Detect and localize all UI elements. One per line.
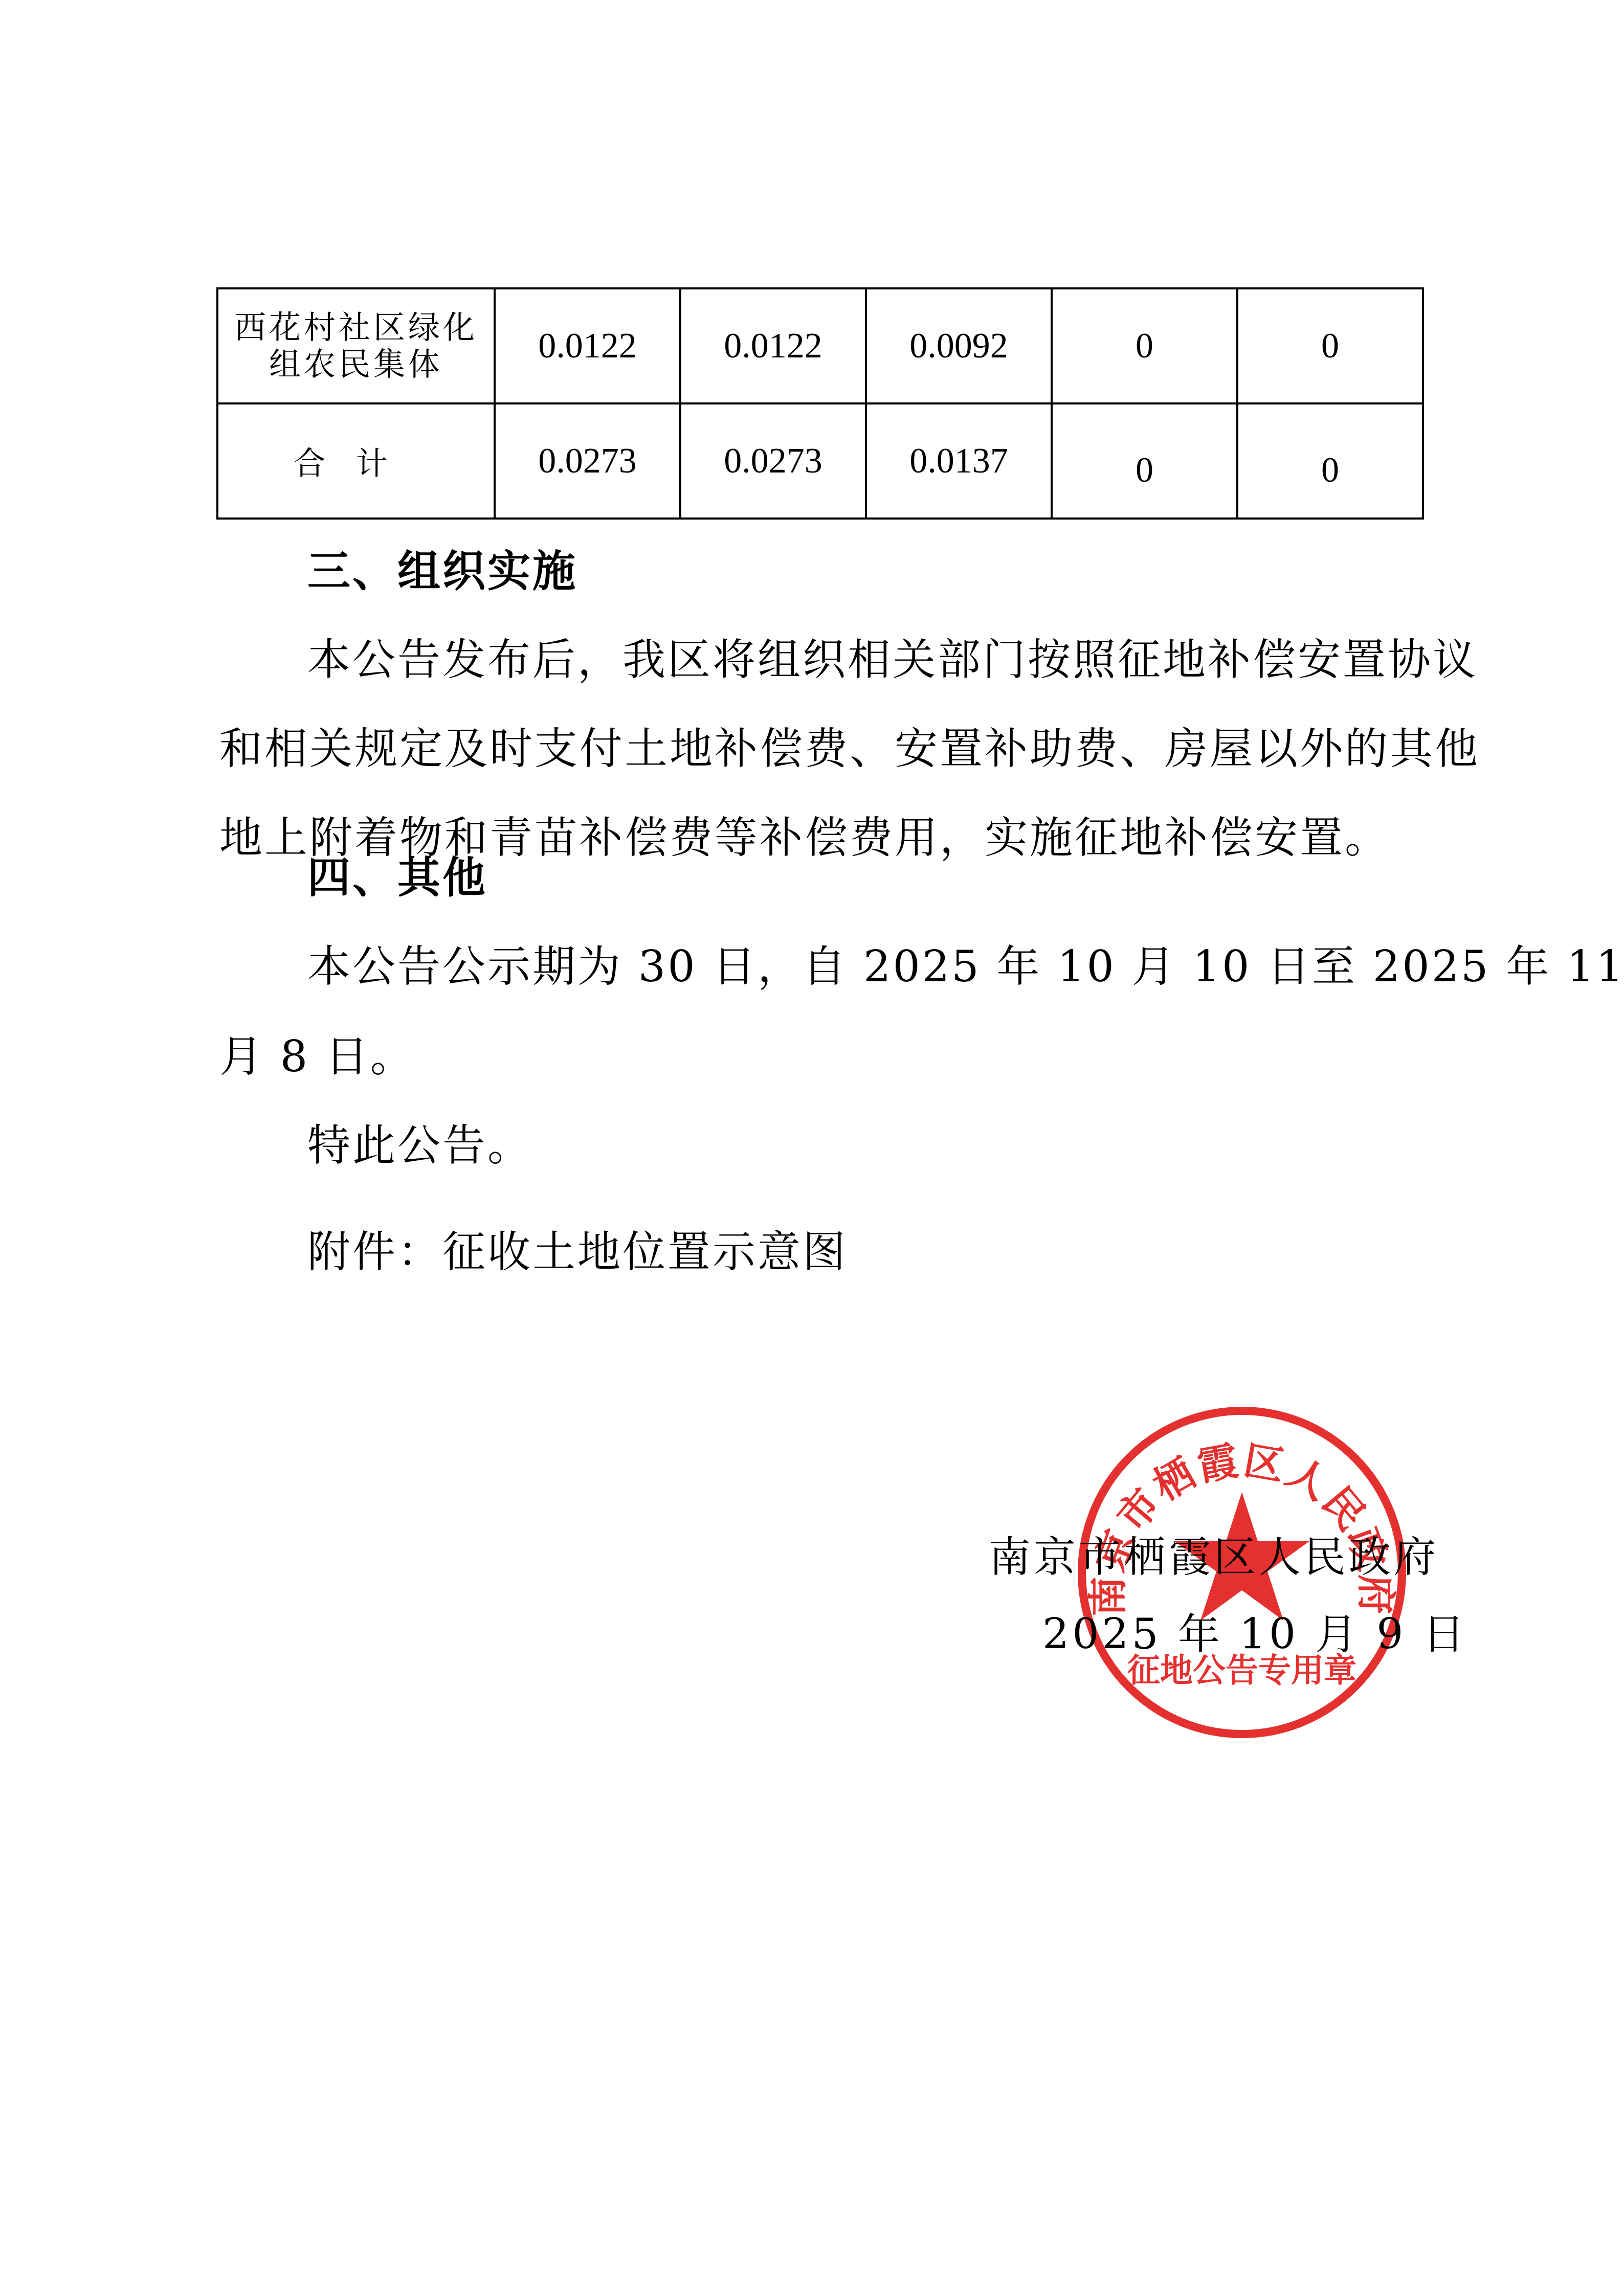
signature-date: 2025 年 10 月 9 日 (1042, 1609, 1468, 1660)
value-text: 0 (1321, 451, 1339, 490)
value-cell: 0.0092 (866, 288, 1052, 403)
section-heading-4: 四、其他 (307, 852, 1509, 903)
signature-organization: 南京市栖霞区人民政府 (989, 1532, 1439, 1583)
paragraph-line: 本公告发布后，我区将组织相关部门按照征地补偿安置协议 (307, 634, 1421, 685)
attachment-link[interactable]: 附件：征收土地位置示意图 (307, 1226, 1509, 1277)
value-cell: 0.0137 (866, 403, 1052, 519)
value-cell: 0.0273 (680, 403, 866, 519)
row-name-cell: 西花村社区绿化组农民集体 (217, 288, 495, 403)
value-cell: 0 (1237, 403, 1423, 519)
table-row-total: 合计 0.0273 0.0273 0.0137 0 0 (217, 403, 1423, 519)
value-cell: 0.0122 (495, 288, 680, 403)
section-heading-3: 三、组织实施 (307, 546, 1509, 597)
table-row: 西花村社区绿化组农民集体 0.0122 0.0122 0.0092 0 0 (217, 288, 1423, 403)
value-cell: 0 (1052, 288, 1237, 403)
value-cell: 0 (1052, 403, 1237, 519)
paragraph-line: 月 8 日。 (219, 1031, 1421, 1082)
land-acquisition-table: 西花村社区绿化组农民集体 0.0122 0.0122 0.0092 0 0 合计… (216, 287, 1424, 520)
value-cell: 0.0122 (680, 288, 866, 403)
paragraph-line: 本公告公示期为 30 日，自 2025 年 10 月 10 日至 2025 年 … (307, 941, 1421, 992)
value-cell: 0.0273 (495, 403, 680, 519)
paragraph-line: 和相关规定及时支付土地补偿费、安置补助费、房屋以外的其他 (219, 723, 1421, 774)
total-label-cell: 合计 (217, 403, 495, 519)
document-page: 西花村社区绿化组农民集体 0.0122 0.0122 0.0092 0 0 合计… (0, 0, 1624, 2296)
value-cell: 0 (1237, 288, 1423, 403)
value-text: 0 (1136, 451, 1153, 490)
closing-text: 特此公告。 (307, 1120, 1509, 1171)
